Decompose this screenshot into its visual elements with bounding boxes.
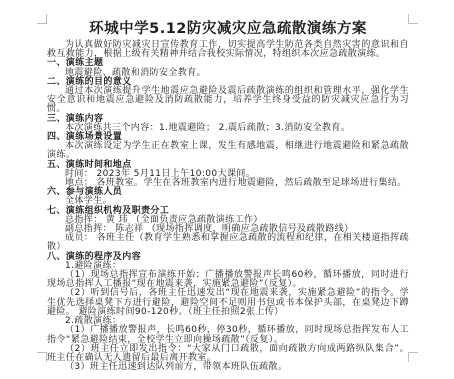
paragraph-shelter-step-1: （1）现场总指挥宣布演练开始；广播播放警报声长鸣60秒，循环播放，同时进行现场总… — [47, 271, 409, 289]
text-boundary-mark-bottom-right — [408, 352, 418, 362]
paragraph-evacuation-step-2: （2）班主任立即发出指令：“大家从门口疏散，面向疏散方向成两路纵队集合”。班主任… — [47, 345, 409, 363]
paragraph-shelter-step-2: （2）听到信号后，各班主任迅速发出“现在地震来袭，实施紧急避险”的指令。学生优先… — [47, 289, 409, 317]
paragraph-purpose: 通过本次演练提升学生地震应急避险及震后疏散演练的组织和管理水平，强化学生安全意识… — [47, 87, 409, 115]
paragraph-evacuation-step-3: （3）班主任迅速到达队列前方，带领本班队伍疏散。 — [47, 363, 409, 372]
paragraph-scenario: 本次演练设定为学生正在教室上课，发生有感地震，相继进行地震避险和紧急疏散演练。 — [47, 142, 409, 160]
text-boundary-mark-top-left — [37, 14, 47, 24]
document-content: 环城中学5.12防灾减灾应急疏散演练方案 为认真做好防灾减灾日宣传教育工作，切实… — [47, 21, 409, 372]
document-title: 环城中学5.12防灾减灾应急疏散演练方案 — [47, 21, 409, 37]
text-boundary-mark-bottom-left — [37, 352, 47, 362]
text-boundary-mark-top-right — [408, 14, 418, 24]
paragraph-members: 成员： 各班主任（教育学生熟悉和掌握应急疏散的流程和纪律，在相关楼道指挥疏散） — [47, 234, 409, 252]
paragraph-evacuation-step-1: （1）广播播放警报声，长鸣60秒，停30秒，循环播放，同时现场总指挥发布人工指令… — [47, 326, 409, 344]
document-page: 环城中学5.12防灾减灾应急疏散演练方案 为认真做好防灾减灾日宣传教育工作，切实… — [0, 0, 454, 379]
paragraph-intro: 为认真做好防灾减灾日宣传教育工作，切实提高学生防范各类自然灾害的意识和自救互救能… — [47, 41, 409, 59]
